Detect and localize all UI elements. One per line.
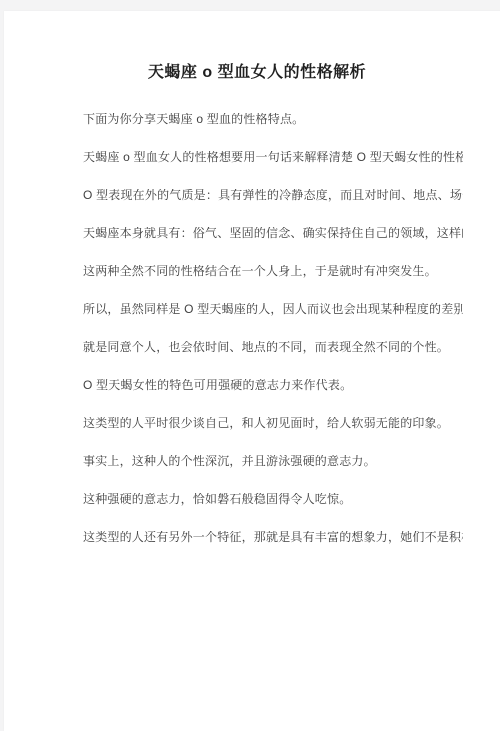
article-paragraph: 这两种全然不同的性格结合在一个人身上，于是就时有冲突发生。 [83,265,463,278]
article-card: 天蝎座 o 型血女人的性格解析 下面为你分享天蝎座 o 型血的性格特点。 天蝎座… [4,11,500,594]
article-paragraph: 下面为你分享天蝎座 o 型血的性格特点。 [83,113,463,126]
article-paragraph: O 型天蝎女性的特色可用强硬的意志力来作代表。 [83,379,463,392]
article-paragraph: 这类型的人平时很少谈自己，和人初见面时，给人软弱无能的印象。 [83,417,463,430]
article-paragraph: 天蝎座 o 型血女人的性格想要用一句话来解释清楚 O 型天蝎女性的性格是极为困难… [83,151,463,164]
article-paragraph: O 型表现在外的气质是：具有弹性的冷静态度，而且对时间、地点、场合的反应极灵敏。 [83,189,463,202]
page-background: 天蝎座 o 型血女人的性格解析 下面为你分享天蝎座 o 型血的性格特点。 天蝎座… [0,0,500,594]
article-paragraph: 事实上，这种人的个性深沉，并且游泳强硬的意志力。 [83,455,463,468]
article-paragraph: 所以，虽然同样是 O 型天蝎座的人，因人而议也会出现某种程度的差别。 [83,303,463,316]
article-paragraph: 这种强硬的意志力，恰如磐石般稳固得令人吃惊。 [83,493,463,506]
article-title: 天蝎座 o 型血女人的性格解析 [4,62,500,84]
article-paragraph: 这类型的人还有另外一个特征，那就是具有丰富的想象力，她们不是积极和人交往的类 [83,531,463,544]
article-content: 下面为你分享天蝎座 o 型血的性格特点。 天蝎座 o 型血女人的性格想要用一句话… [83,113,463,544]
article-paragraph: 天蝎座本身就具有：俗气、坚固的信念、确实保持住自己的领域，这样的特性。 [83,227,463,240]
article-paragraph: 就是同意个人，也会依时间、地点的不同，而表现全然不同的个性。 [83,341,463,354]
